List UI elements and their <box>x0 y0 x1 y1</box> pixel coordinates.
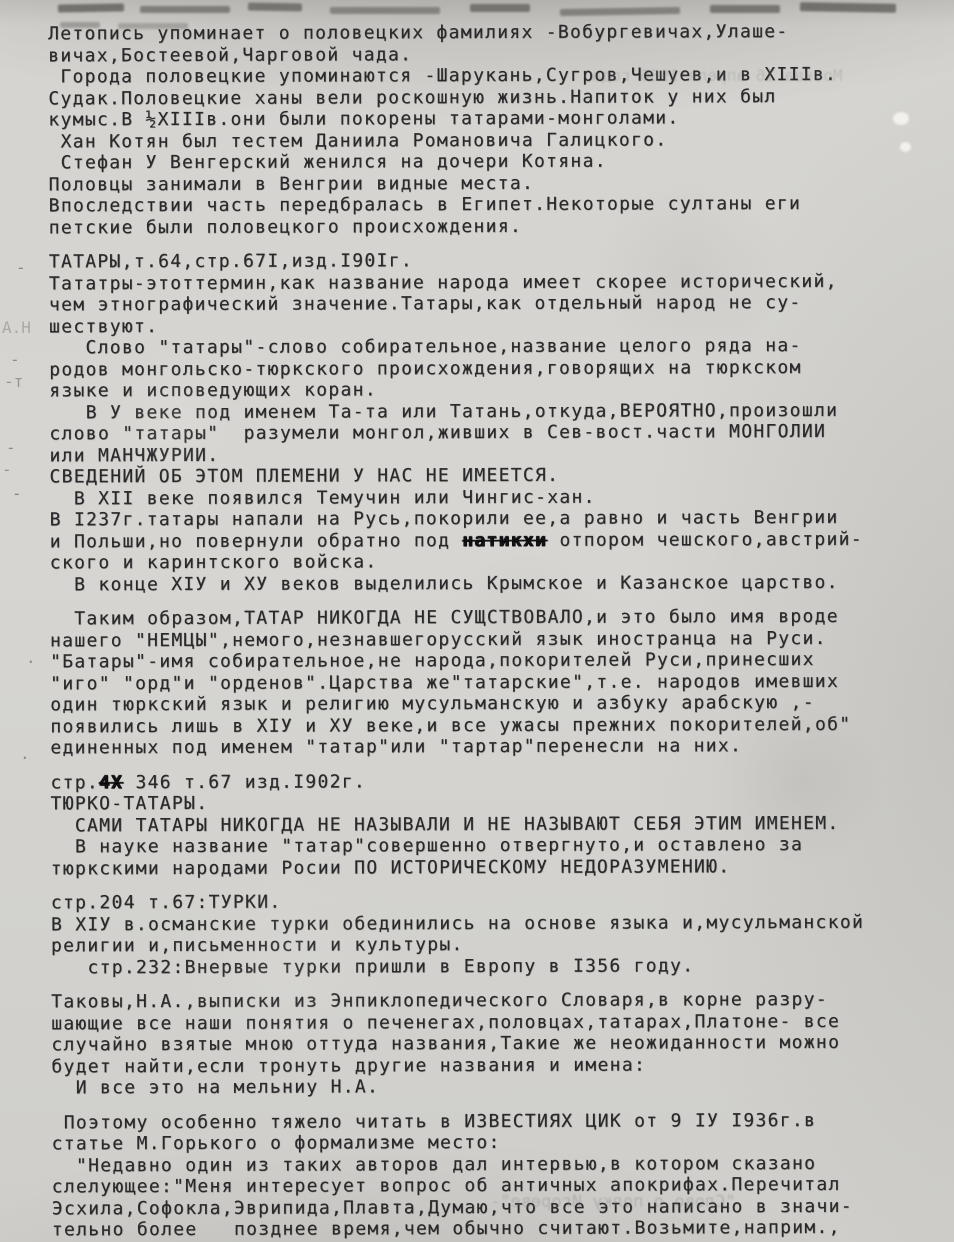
typescript-line: Слово "татары"-слово собирательное,назва… <box>49 335 949 359</box>
typescript-line: И все это на мельниу Н.А. <box>51 1075 951 1099</box>
overstruck-word: 4Х <box>99 772 123 793</box>
typescript-line: Стефан У Венгерский женился на дочери Ко… <box>48 150 948 174</box>
margin-mark: . <box>26 648 36 667</box>
typescript-line: один тюркский язык и религию мусульманск… <box>50 692 950 716</box>
typescript-line: стр.4Х 346 т.67 изд.I902г. <box>50 769 950 793</box>
margin-mark: - <box>16 258 26 277</box>
bleed-through-text: Москва 16 апреля 1986 года <box>592 66 842 85</box>
typescript-line: языке и исповедующих коран. <box>49 378 949 402</box>
typescript-line: В I237г.татары напали на Русь,покорили е… <box>50 507 950 531</box>
typescript-line: Таковы,Н.А.,выписки из Энпиклопедическог… <box>51 989 951 1013</box>
typescript-line: единенных под именем "татар"или "тартар"… <box>50 735 950 759</box>
typescript-line: ского и каринтского войска. <box>50 550 950 574</box>
typescript-line: Половцы занимали в Венгрии видные места. <box>49 171 949 195</box>
typescript-line: шающие все наши понятия о печенегах,поло… <box>51 1010 951 1034</box>
line-text: и Польши,но повернули обратно под <box>50 530 463 552</box>
typescript-line: слово "татары" разумели монгол,живших в … <box>49 421 949 445</box>
typescript-line: В XII веке появился Темучин или Чингис-х… <box>50 485 950 509</box>
typescript-body: Летопись упоминает о половецких фамилиях… <box>48 21 952 1241</box>
bleed-through-text: "Слово о полку Игореве"- <box>490 1192 736 1212</box>
margin-mark: . <box>20 744 30 763</box>
typescript-line: чем этнографический значение.Татары,как … <box>49 292 949 316</box>
margin-mark: - <box>2 460 12 479</box>
typescript-line: тельно более позднее время,чем обычно сч… <box>52 1217 952 1241</box>
scan-edge-fragment <box>58 3 124 12</box>
typescript-line: или МАНЧЖУРИИ. <box>49 442 949 466</box>
scan-edge-fragment <box>800 2 896 13</box>
scan-edge-fragment <box>710 5 780 13</box>
typescript-line: будет найти,если тронуть другие названия… <box>51 1053 951 1077</box>
typescript-line: "Батары"-имя собирательное,не народа,пок… <box>50 649 950 673</box>
line-text: стр. <box>50 772 99 793</box>
typescript-line: и Польши,но повернули обратно под натикх… <box>50 528 950 552</box>
margin-mark: - <box>12 484 22 503</box>
typescript-line: СВЕДЕНИЙ ОБ ЭТОМ ПЛЕМЕНИ У НАС НЕ ИМЕЕТС… <box>49 464 949 488</box>
margin-mark: -т <box>4 372 23 391</box>
typescript-line: стр.204 т.67:ТУРКИ. <box>51 890 951 914</box>
typescript-line: ТАТАРЫ,т.64,стр.67I,изд.I90Iг. <box>49 249 949 273</box>
typescript-line: ТЮРКО-ТАТАРЫ. <box>51 791 951 815</box>
typescript-line: появились лишь в ХIУ и ХУ веке,и все ужа… <box>50 713 950 737</box>
typescript-line: шествуют. <box>49 313 949 337</box>
typescript-line: петские были половецкого происхождения. <box>49 214 949 238</box>
scan-edge-fragment <box>560 7 680 16</box>
overstruck-word: натикхи <box>462 529 547 550</box>
typescript-line: Судак.Половецкие ханы вели роскошную жиз… <box>48 85 948 109</box>
scanned-document-page: Летопись упоминает о половецких фамилиях… <box>0 0 954 1242</box>
typescript-line: В науке название "татар"совершенно отвер… <box>51 834 951 858</box>
typescript-line: родов монгольско-тюркского происхождения… <box>49 356 949 380</box>
typescript-line: В конце ХIУ и ХУ веков выделились Крымск… <box>50 571 950 595</box>
typescript-line: Летопись упоминает о половецких фамилиях… <box>48 21 948 45</box>
scan-edge-fragment <box>140 6 230 13</box>
typescript-line: вичах,Бостеевой,Чарговой чада. <box>48 42 948 66</box>
typescript-line: Хан Котян был тестем Даниила Романовича … <box>48 128 948 152</box>
typescript-line: Впоследствии часть передбралась в Египет… <box>49 193 949 217</box>
line-text: отпором чешского,австрий- <box>547 528 863 550</box>
scan-edge-fragment <box>248 3 302 12</box>
scan-edge-fragment <box>330 7 440 14</box>
typescript-line: В ХIУ в.османские турки обединились на о… <box>51 911 951 935</box>
typescript-line: "иго" "орд"и "орденов".Царства же"татарс… <box>50 670 950 694</box>
typescript-line: "Недавно один из таких авторов дал интер… <box>52 1152 952 1176</box>
typescript-line: нашего "НЕМЦЫ",немого,незнавшегорусский … <box>50 627 950 651</box>
typescript-line: САМИ ТАТАРЫ НИКОГДА НЕ НАЗЫВАЛИ И НЕ НАЗ… <box>51 812 951 836</box>
scan-edge-fragment <box>470 4 530 12</box>
margin-mark: - <box>6 438 16 457</box>
typescript-line: В У веке под именем Та-та или Татань,отк… <box>49 399 949 423</box>
line-text: 346 т.67 изд.I902г. <box>123 771 366 793</box>
typescript-line: кумыс.В ½XIIIв.они были покорены татарам… <box>48 107 948 131</box>
margin-mark: А.Н <box>2 318 31 337</box>
typescript-line: Таким образом,ТАТАР НИКОГДА НЕ СУЩСТВОВА… <box>50 606 950 630</box>
typescript-line: религии и,письменности и культуры. <box>51 933 951 957</box>
typescript-line: статье М.Горького о формализме место: <box>52 1131 952 1155</box>
typescript-line: случайно взятые мною оттуда названия,Так… <box>51 1032 951 1056</box>
margin-mark: - <box>10 350 20 369</box>
typescript-line: тюркскими народами Росии ПО ИСТОРИЧЕСКОМ… <box>51 855 951 879</box>
typescript-line: Поэтому особенно тяжело читать в ИЗВЕСТИ… <box>52 1109 952 1133</box>
typescript-line: Тататры-этоттермин,как название народа и… <box>49 270 949 294</box>
typescript-line: стр.232:Внервые турки пришли в Европу в … <box>51 954 951 978</box>
